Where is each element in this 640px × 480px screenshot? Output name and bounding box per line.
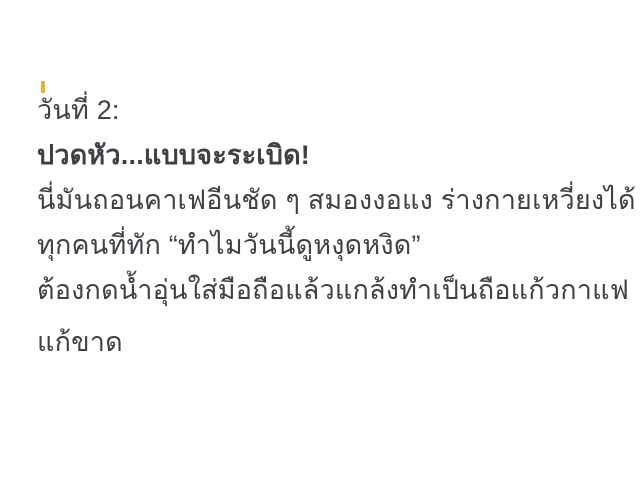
line-body-4: แก้ขาด [37, 320, 612, 365]
slide-text-block: วันที่ 2: ปวดหัว...แบบจะระเบิด! นี่มันถอ… [37, 88, 612, 365]
line-day-heading: วันที่ 2: [37, 88, 612, 133]
line-headline: ปวดหัว...แบบจะระเบิด! [37, 133, 612, 178]
line-body-3: ต้องกดน้ำอุ่นใส่มือถือแล้วแกล้งทำเป็นถือ… [37, 268, 612, 313]
slide-canvas: วันที่ 2: ปวดหัว...แบบจะระเบิด! นี่มันถอ… [0, 0, 640, 480]
line-body-1: นี่มันถอนคาเฟอีนชัด ๆ สมองงอแง ร่างกายเห… [37, 178, 612, 223]
line-body-2: ทุกคนที่ทัก “ทำไมวันนี้ดูหงุดหงิด” [37, 223, 612, 268]
